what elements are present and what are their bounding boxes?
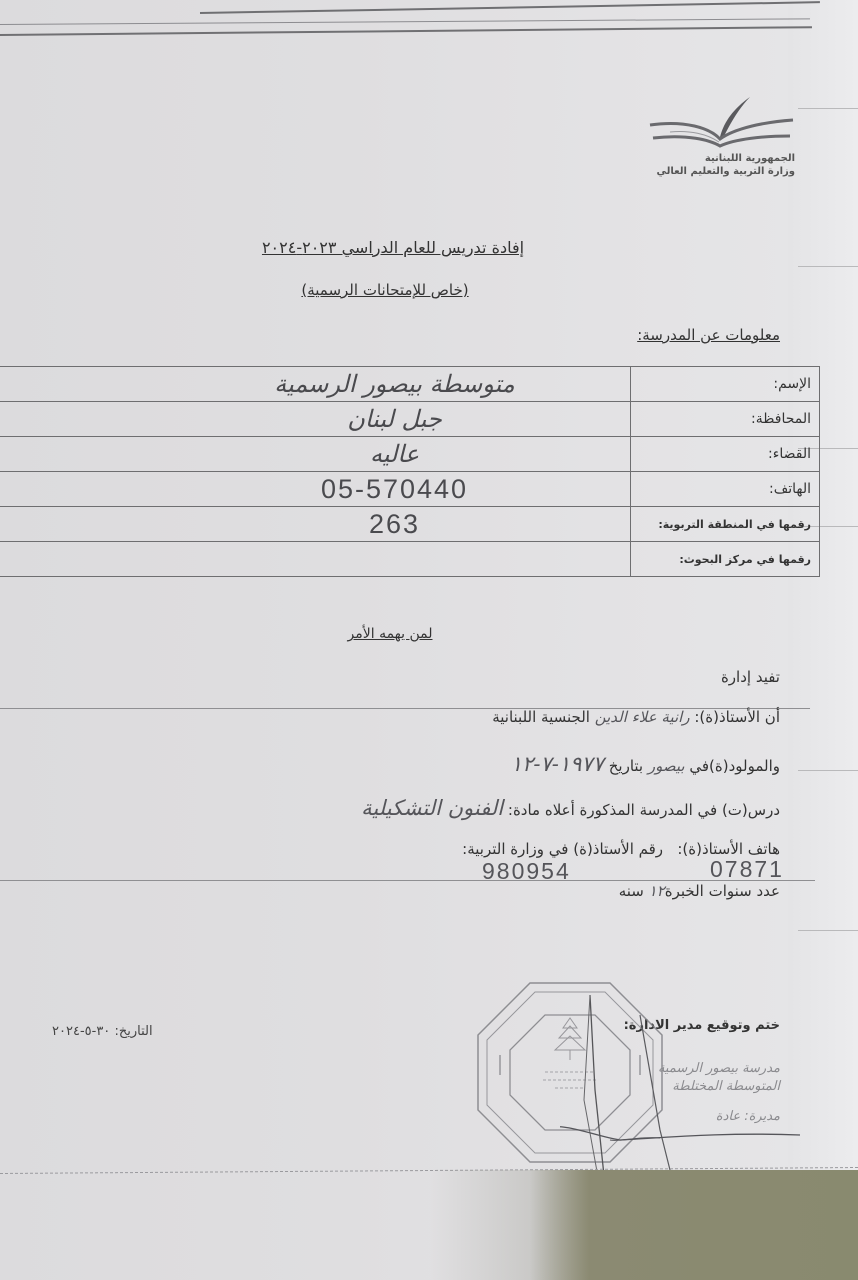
label-name: الإسم: bbox=[631, 367, 820, 402]
table-row: المحافظة: جبل لبنان bbox=[0, 402, 820, 437]
signature-icon bbox=[560, 990, 800, 1190]
school-info-table: الإسم: متوسطة بيصور الرسمية المحافظة: جب… bbox=[0, 366, 820, 577]
teacher-phone: 07871 bbox=[710, 856, 784, 883]
born-prefix: والمولود(ة)في bbox=[689, 757, 780, 775]
school-info-heading: معلومات عن المدرسة: bbox=[637, 326, 780, 344]
label-regional-number: رقمها في المنطقة التربوية: bbox=[631, 507, 820, 542]
table-row: الهاتف: 05-570440 bbox=[0, 472, 820, 507]
taught-prefix: درس(ت) في المدرسة المذكورة أعلاه مادة: bbox=[508, 801, 780, 819]
experience-line: عدد سنوات الخبرة١٢ سنه bbox=[619, 882, 780, 900]
value-regional-number: 263 bbox=[0, 507, 631, 542]
top-rule bbox=[0, 26, 812, 36]
value-school-name: متوسطة بيصور الرسمية bbox=[0, 367, 631, 402]
document-page: الجمهورية اللبنانية وزارة التربية والتعل… bbox=[0, 0, 820, 1280]
subject-line: درس(ت) في المدرسة المذكورة أعلاه مادة: ا… bbox=[361, 796, 780, 820]
birth-date: ١٩٧٧-٧-١٢ bbox=[511, 752, 604, 776]
subject: الفنون التشكيلية bbox=[361, 796, 503, 820]
experience-years: ١٢ bbox=[649, 882, 665, 900]
nationality: الجنسية اللبنانية bbox=[492, 708, 590, 726]
birth-date-prefix: بتاريخ bbox=[609, 757, 643, 775]
table-row: الإسم: متوسطة بيصور الرسمية bbox=[0, 367, 820, 402]
intro-line: تفيد إدارة bbox=[721, 668, 780, 686]
label-district: القضاء: bbox=[631, 437, 820, 472]
to-whom-heading: لمن يهمه الأمر bbox=[330, 626, 450, 642]
date-line: التاريخ: ٣٠-٥-٢٠٢٤ bbox=[52, 1024, 153, 1039]
value-district: عاليه bbox=[0, 437, 631, 472]
value-research-center-number bbox=[0, 542, 631, 577]
label-governorate: المحافظة: bbox=[631, 402, 820, 437]
rule bbox=[0, 880, 815, 881]
birth-place: بيصور bbox=[648, 757, 685, 775]
document-title: إفادة تدريس للعام الدراسي ٢٠٢٣-٢٠٢٤ bbox=[248, 238, 538, 257]
label-research-center-number: رقمها في مركز البحوث: bbox=[631, 542, 820, 577]
org-line-1: الجمهورية اللبنانية bbox=[640, 152, 795, 165]
teacher-prefix: أن الأستاذ(ة): bbox=[694, 708, 780, 726]
experience-suffix: سنه bbox=[619, 882, 644, 900]
photo-of-document: الجمهورية اللبنانية وزارة التربية والتعل… bbox=[0, 0, 858, 1280]
teacher-name: رانية علاء الدين bbox=[595, 708, 690, 726]
intro-text: تفيد إدارة bbox=[721, 668, 780, 686]
ministry-number-label: رقم الأستاذ(ة) في وزارة التربية: bbox=[462, 840, 663, 858]
date-label: التاريخ: bbox=[114, 1024, 152, 1039]
table-row: رقمها في المنطقة التربوية: 263 bbox=[0, 507, 820, 542]
table-row: رقمها في مركز البحوث: bbox=[0, 542, 820, 577]
org-line-2: وزارة التربية والتعليم العالي bbox=[640, 165, 795, 178]
teacher-line: أن الأستاذ(ة): رانية علاء الدين الجنسية … bbox=[492, 708, 780, 726]
top-rule bbox=[200, 1, 820, 14]
table-row: القضاء: عاليه bbox=[0, 437, 820, 472]
value-phone: 05-570440 bbox=[0, 472, 631, 507]
desk-surface bbox=[530, 1170, 858, 1280]
value-governorate: جبل لبنان bbox=[0, 402, 631, 437]
top-rule bbox=[0, 18, 810, 25]
date-value: ٣٠-٥-٢٠٢٤ bbox=[52, 1024, 110, 1039]
experience-prefix: عدد سنوات الخبرة bbox=[665, 882, 780, 900]
birth-line: والمولود(ة)في بيصور بتاريخ ١٩٧٧-٧-١٢ bbox=[511, 752, 780, 776]
ministry-name: الجمهورية اللبنانية وزارة التربية والتعل… bbox=[640, 152, 795, 178]
document-subtitle: (خاص للإمتحانات الرسمية) bbox=[285, 281, 485, 299]
label-phone: الهاتف: bbox=[631, 472, 820, 507]
